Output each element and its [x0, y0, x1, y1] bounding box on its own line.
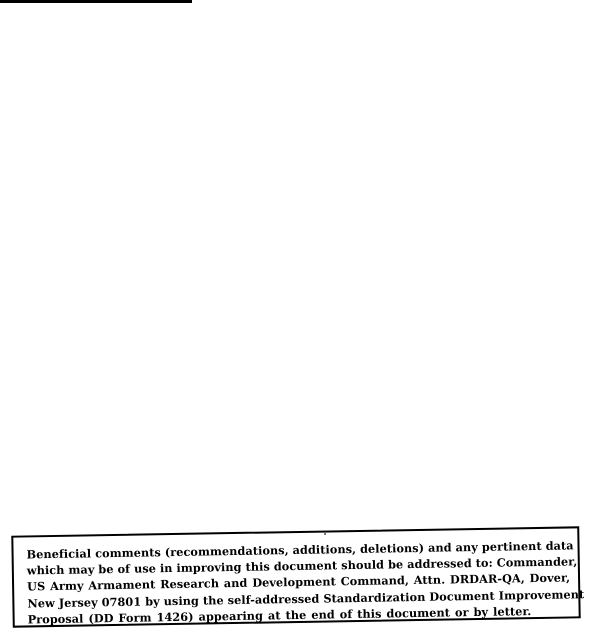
comments-notice-box: Beneficial comments (recommendations, ad…: [11, 526, 580, 627]
header-rule: [0, 0, 192, 3]
